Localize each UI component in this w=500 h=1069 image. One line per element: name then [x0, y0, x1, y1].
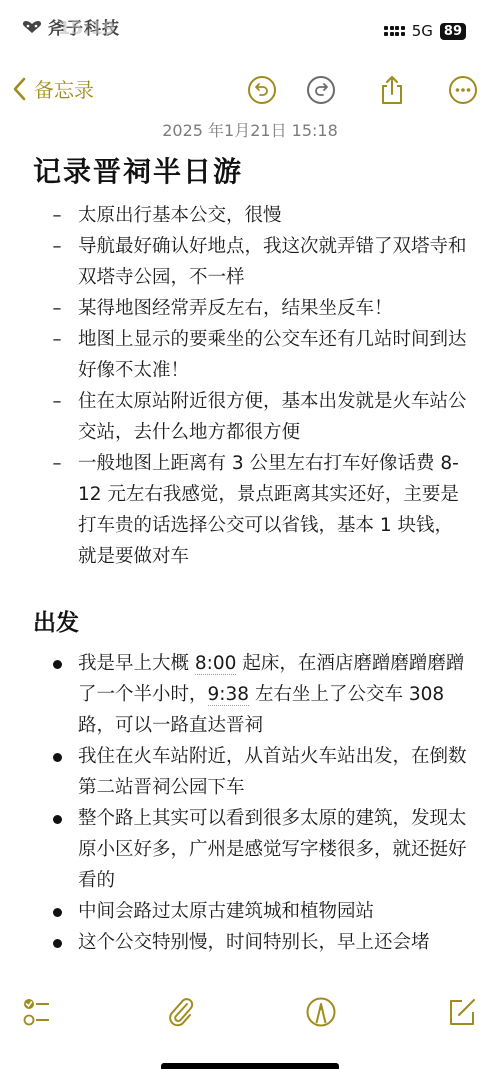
compose-icon[interactable] [446, 996, 478, 1028]
share-icon[interactable] [377, 75, 407, 105]
home-indicator[interactable] [161, 1063, 339, 1069]
signal-icon [384, 26, 405, 36]
checklist-icon[interactable] [22, 996, 54, 1028]
list-item[interactable]: – 导航最好确认好地点，我这次就弄错了双塔寺和双塔寺公园，不一样 [0, 231, 500, 293]
redo-icon[interactable] [306, 75, 336, 105]
dash-marker: – [47, 231, 67, 262]
note-date: 2025 年1月21日 15:18 [0, 118, 500, 141]
bottom-toolbar [0, 990, 500, 1034]
nav-bar: 备忘录 [0, 68, 500, 112]
attachment-icon[interactable] [165, 996, 197, 1028]
dash-marker: – [47, 386, 67, 417]
bullet-icon [53, 815, 62, 824]
list-item[interactable]: 我住在火车站附近，从首站火车站出发，在倒数第二站晋祠公园下车 [0, 741, 500, 803]
back-button[interactable]: 备忘录 [12, 74, 94, 103]
list-item[interactable]: – 地图上显示的要乘坐的公交车还有几站时间到达好像不太准！ [0, 324, 500, 386]
back-label: 备忘录 [34, 74, 94, 103]
status-indicators: 5G 89 [384, 22, 466, 40]
more-icon[interactable] [448, 75, 478, 105]
list-item[interactable]: 这个公交特别慢，时间特别长，早上还会堵 [0, 927, 500, 958]
dash-marker: – [47, 324, 67, 355]
departure-list: 我是早上大概 8:00 起床，在酒店磨蹭磨蹭磨蹭了一个半小时，9:38 左右坐上… [0, 648, 500, 958]
bullet-icon [53, 908, 62, 917]
network-type: 5G [412, 22, 433, 40]
dash-marker: – [47, 200, 67, 231]
note-title[interactable]: 记录晋祠半日游 [33, 150, 243, 190]
list-item[interactable]: 中间会路过太原古建筑城和植物园站 [0, 896, 500, 927]
list-item[interactable]: – 太原出行基本公交，很慢 [0, 200, 500, 231]
status-time: 15:19 [58, 18, 115, 39]
dash-marker: – [47, 293, 67, 324]
time-link[interactable]: 8:00 [195, 653, 237, 675]
list-item[interactable]: – 一般地图上距离有 3 公里左右打车好像话费 8-12 元左右我感觉，景点距离… [0, 448, 500, 572]
chevron-left-icon [12, 77, 26, 101]
status-bar: 斧子科技 15:19 5G 89 [0, 0, 500, 60]
list-item[interactable]: 我是早上大概 8:00 起床，在酒店磨蹭磨蹭磨蹭了一个半小时，9:38 左右坐上… [0, 648, 500, 741]
time-link[interactable]: 9:38 [208, 684, 250, 706]
tips-list: – 太原出行基本公交，很慢 – 导航最好确认好地点，我这次就弄错了双塔寺和双塔寺… [0, 200, 500, 572]
undo-icon[interactable] [247, 75, 277, 105]
section-heading[interactable]: 出发 [33, 604, 79, 637]
markup-icon[interactable] [305, 996, 337, 1028]
battery-icon: 89 [440, 23, 466, 40]
dash-marker: – [47, 448, 67, 479]
bullet-icon [53, 660, 62, 669]
list-item[interactable]: – 某得地图经常弄反左右，结果坐反车！ [0, 293, 500, 324]
watermark-logo-icon [22, 20, 42, 34]
list-item[interactable]: 整个路上其实可以看到很多太原的建筑，发现太原小区好多，广州是感觉写字楼很多，就还… [0, 803, 500, 896]
list-item[interactable]: – 住在太原站附近很方便，基本出发就是火车站公交站，去什么地方都很方便 [0, 386, 500, 448]
bullet-icon [53, 939, 62, 948]
bullet-icon [53, 753, 62, 762]
